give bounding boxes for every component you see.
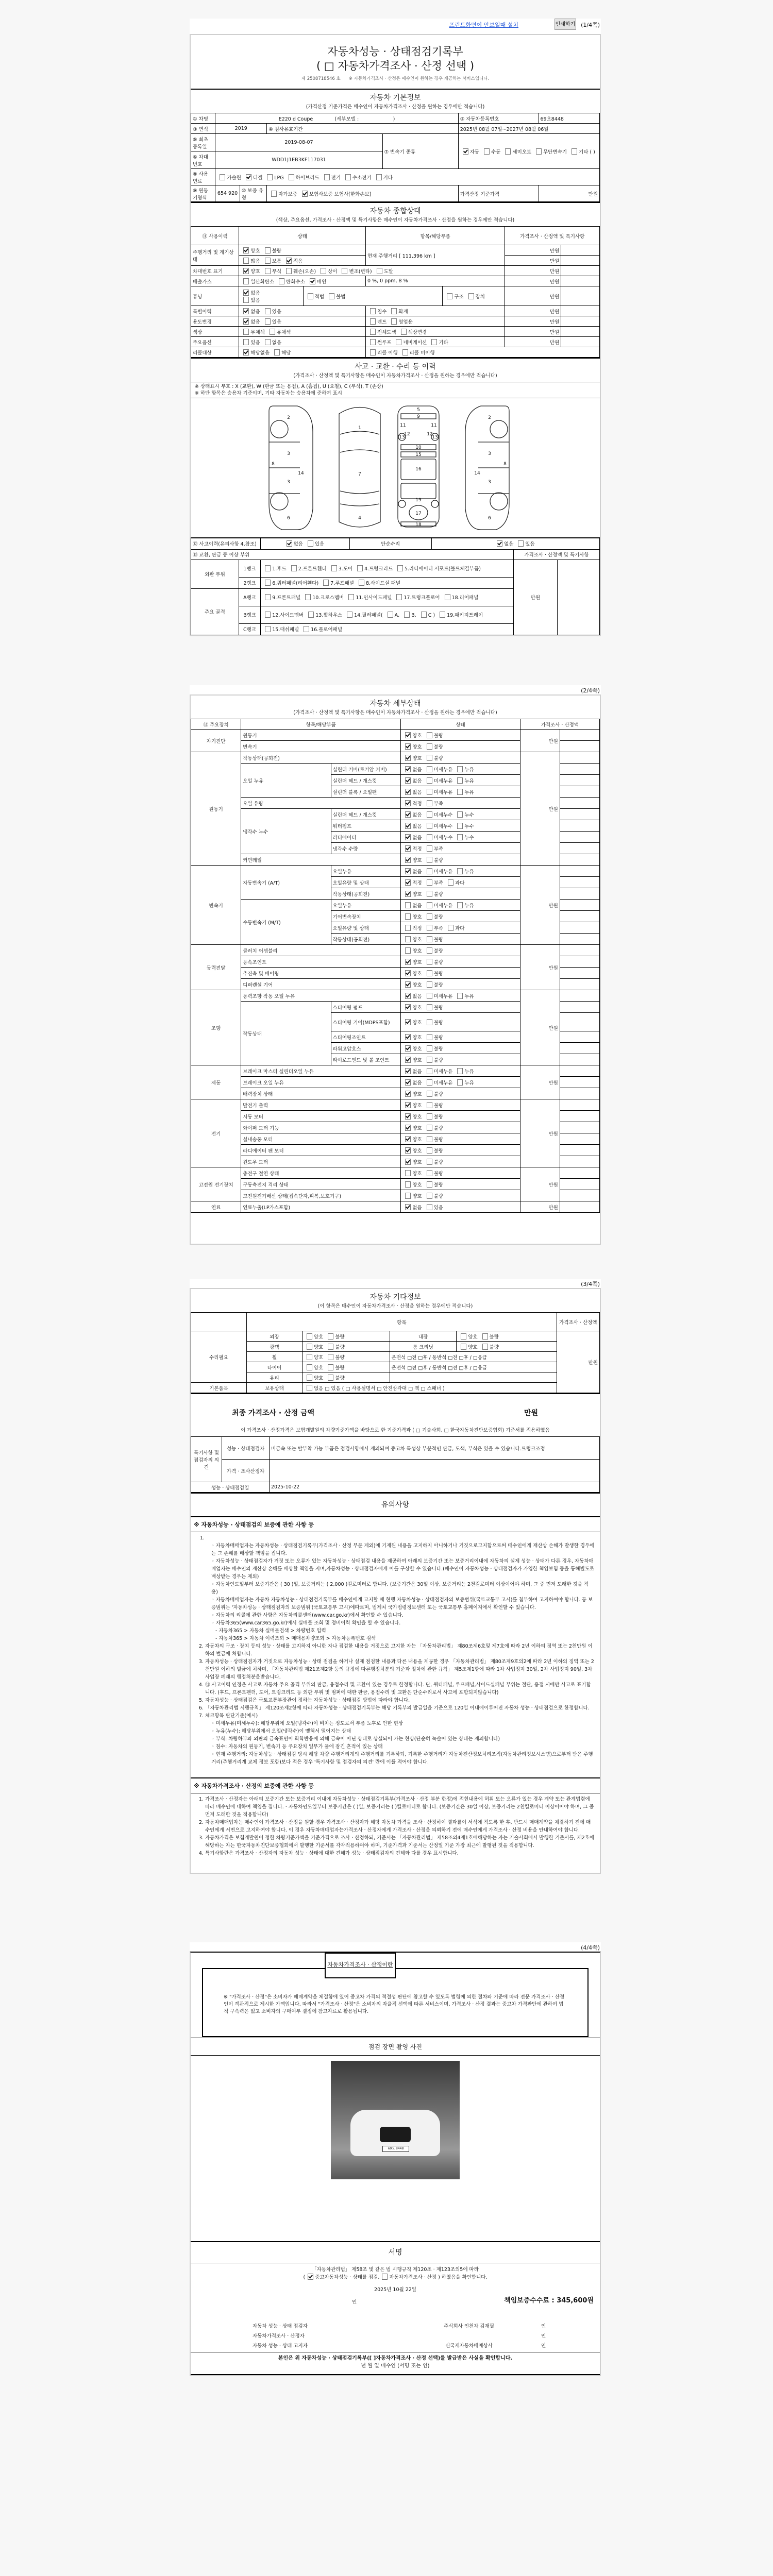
checkbox-icon[interactable] xyxy=(397,565,403,571)
checkbox-icon[interactable] xyxy=(265,565,271,571)
checkbox-icon[interactable] xyxy=(370,339,376,345)
checkbox-icon[interactable] xyxy=(427,1181,432,1188)
checkbox-icon[interactable] xyxy=(427,868,432,874)
checkbox-icon[interactable] xyxy=(323,580,329,586)
checkbox-icon[interactable] xyxy=(328,1364,333,1370)
checkbox-icon[interactable] xyxy=(405,925,411,931)
checkbox-icon[interactable] xyxy=(461,1333,466,1340)
checkbox-icon[interactable] xyxy=(359,580,364,586)
checkbox-option[interactable]: 일산화탄소 xyxy=(241,279,274,285)
checkbox-option[interactable]: 리콜 미이행 xyxy=(400,350,435,356)
checkbox-icon[interactable] xyxy=(307,1385,312,1391)
checkbox-option[interactable]: 없음 xyxy=(241,291,260,296)
checkbox-option[interactable]: 자동 xyxy=(460,149,479,155)
checkbox-option[interactable]: 불량 xyxy=(424,937,443,943)
checkbox-icon[interactable] xyxy=(427,743,432,750)
checkbox-icon[interactable] xyxy=(457,789,463,795)
checkbox-icon[interactable] xyxy=(307,1354,312,1360)
checkbox-option[interactable]: 무채색 xyxy=(241,330,265,335)
checkbox-icon[interactable] xyxy=(427,1193,432,1199)
checkbox-icon[interactable] xyxy=(271,191,277,197)
checkbox-option[interactable]: 영업용 xyxy=(389,319,413,325)
checkbox-option[interactable]: 세미오토 xyxy=(502,149,531,155)
checkbox-option[interactable]: 불량 xyxy=(424,1194,443,1199)
checkbox-option[interactable]: 무단변속기 xyxy=(533,149,567,155)
checkbox-icon[interactable] xyxy=(427,891,432,897)
checkbox-icon[interactable] xyxy=(405,732,411,738)
checkbox-option[interactable]: 부족 xyxy=(424,846,443,852)
checkbox-icon[interactable] xyxy=(405,913,411,920)
checkbox-icon[interactable] xyxy=(310,278,315,284)
checkbox-icon[interactable] xyxy=(427,981,432,988)
checkbox-icon[interactable] xyxy=(405,857,411,863)
checkbox-icon[interactable] xyxy=(405,993,411,999)
checkbox-icon[interactable] xyxy=(396,594,402,600)
checkbox-option[interactable]: 보통 xyxy=(262,259,281,264)
checkbox-option[interactable]: 자가보증 xyxy=(268,192,297,197)
checkbox-option[interactable]: 19.패키지트레이 xyxy=(437,613,483,618)
checkbox-option[interactable]: 없음 xyxy=(241,319,260,325)
checkbox-option[interactable]: 9.프론트패널 xyxy=(262,595,300,601)
checkbox-icon[interactable] xyxy=(391,308,397,314)
checkbox-option[interactable]: 색상변경 xyxy=(398,330,427,335)
checkbox-icon[interactable] xyxy=(461,1344,466,1350)
checkbox-icon[interactable] xyxy=(302,191,308,197)
checkbox-option[interactable]: 없음 xyxy=(284,541,303,547)
checkbox-option[interactable]: 있음 xyxy=(305,541,324,547)
checkbox-option[interactable]: 양호 xyxy=(402,1103,422,1109)
checkbox-option[interactable]: 불량 xyxy=(424,914,443,920)
checkbox-option[interactable]: 누수 xyxy=(455,812,474,818)
checkbox-option[interactable]: 11.인사이드패널 xyxy=(346,595,392,601)
checkbox-option[interactable]: 누유 xyxy=(455,1069,474,1075)
checkbox-icon[interactable] xyxy=(220,174,225,180)
checkbox-option[interactable]: 부족 xyxy=(424,801,443,807)
checkbox-option[interactable]: 불법 xyxy=(326,294,345,300)
checkbox-option[interactable]: 변조(변타) xyxy=(339,269,372,275)
checkbox-icon[interactable] xyxy=(427,902,432,908)
checkbox-option[interactable]: 장치 xyxy=(466,294,485,300)
checkbox-icon[interactable] xyxy=(328,1354,333,1360)
checkbox-icon[interactable] xyxy=(405,1057,411,1063)
checkbox-option[interactable]: 적음 xyxy=(283,259,303,264)
checkbox-icon[interactable] xyxy=(405,800,411,806)
checkbox-icon[interactable] xyxy=(405,1125,411,1131)
checkbox-icon[interactable] xyxy=(427,789,432,795)
checkbox-icon[interactable] xyxy=(427,755,432,761)
checkbox-icon[interactable] xyxy=(405,959,411,965)
checkbox-option[interactable]: 양호 xyxy=(402,1005,422,1011)
checkbox-icon[interactable] xyxy=(304,626,309,632)
checkbox-option[interactable]: 미세누유 xyxy=(424,903,453,909)
checkbox-icon[interactable] xyxy=(427,811,432,818)
checkbox-option[interactable]: 양호 xyxy=(402,937,422,943)
checkbox-option[interactable]: 전기 xyxy=(322,175,341,181)
checkbox-icon[interactable] xyxy=(405,902,411,908)
checkbox-option[interactable]: 미세누유 xyxy=(424,790,453,795)
checkbox-option[interactable]: 양호 xyxy=(304,1365,323,1371)
checkbox-icon[interactable] xyxy=(457,1068,463,1074)
checkbox-option[interactable]: 누유 xyxy=(455,994,474,999)
checkbox-icon[interactable] xyxy=(348,594,354,600)
checkbox-icon[interactable] xyxy=(342,268,347,274)
checkbox-icon[interactable] xyxy=(505,148,511,155)
checkbox-option[interactable]: 8.사이드실 패널 xyxy=(356,581,400,586)
checkbox-option[interactable]: 1.후드 xyxy=(262,566,286,572)
checkbox-icon[interactable] xyxy=(427,1147,432,1154)
checkbox-icon[interactable] xyxy=(427,993,432,999)
checkbox-option[interactable]: 불량 xyxy=(480,1334,499,1340)
checkbox-option[interactable]: 17.트렁크플로어 xyxy=(394,595,440,601)
checkbox-icon[interactable] xyxy=(405,1170,411,1176)
checkbox-icon[interactable] xyxy=(405,1019,411,1025)
checkbox-icon[interactable] xyxy=(404,612,410,618)
checkbox-option[interactable]: 양호 xyxy=(241,248,260,254)
checkbox-option[interactable]: 적법 xyxy=(305,294,324,300)
checkbox-icon[interactable] xyxy=(402,349,408,355)
checkbox-icon[interactable] xyxy=(391,318,397,325)
checkbox-icon[interactable] xyxy=(405,970,411,976)
checkbox-icon[interactable] xyxy=(287,540,292,547)
checkbox-icon[interactable] xyxy=(427,834,432,840)
checkbox-icon[interactable] xyxy=(405,811,411,818)
checkbox-option[interactable]: 10.크로스멤버 xyxy=(303,595,344,601)
checkbox-icon[interactable] xyxy=(405,1113,411,1120)
checkbox-option[interactable]: 7.루프패널 xyxy=(321,581,354,586)
checkbox-icon[interactable] xyxy=(357,565,363,571)
checkbox-icon[interactable] xyxy=(482,1344,488,1350)
checkbox-icon[interactable] xyxy=(243,258,249,264)
checkbox-option[interactable]: 양호 xyxy=(402,1046,422,1052)
checkbox-icon[interactable] xyxy=(405,834,411,840)
checkbox-icon[interactable] xyxy=(445,594,450,600)
checkbox-option[interactable]: 없음 xyxy=(402,835,422,841)
checkbox-option[interactable]: 수동 xyxy=(481,149,500,155)
checkbox-icon[interactable] xyxy=(270,329,275,335)
checkbox-icon[interactable] xyxy=(572,148,577,155)
checkbox-icon[interactable] xyxy=(308,540,313,547)
checkbox-option[interactable]: 누유 xyxy=(455,903,474,909)
checkbox-icon[interactable] xyxy=(457,823,463,829)
checkbox-icon[interactable] xyxy=(427,857,432,863)
checkbox-icon[interactable] xyxy=(427,1004,432,1010)
checkbox-option[interactable]: 누유 xyxy=(455,778,474,784)
checkbox-icon[interactable] xyxy=(427,1019,432,1025)
checkbox-option[interactable]: 누유 xyxy=(455,869,474,875)
checkbox-icon[interactable] xyxy=(370,308,376,314)
checkbox-option[interactable]: 적정 xyxy=(402,801,422,807)
checkbox-option[interactable]: 가솔린 xyxy=(217,175,241,181)
checkbox-option[interactable]: 양호 xyxy=(402,1126,422,1131)
checkbox-icon[interactable] xyxy=(427,1204,432,1210)
checkbox-option[interactable]: 18.리어패널 xyxy=(442,595,479,601)
checkbox-option[interactable]: 13.휠하우스 xyxy=(306,613,342,618)
checkbox-option[interactable]: 부족 xyxy=(424,880,443,886)
checkbox-option[interactable]: 기타 xyxy=(429,340,448,346)
checkbox-option[interactable]: 없음 xyxy=(402,778,422,784)
checkbox-icon[interactable] xyxy=(265,612,271,618)
checkbox-option[interactable]: 불량 xyxy=(424,1137,443,1143)
checkbox-icon[interactable] xyxy=(328,1344,333,1350)
checkbox-icon[interactable] xyxy=(401,329,407,335)
print-help-link[interactable]: 프린트화면이 안보일때 설치 xyxy=(449,21,518,29)
checkbox-option[interactable]: 불량 xyxy=(424,982,443,988)
checkbox-icon[interactable] xyxy=(482,1333,488,1340)
checkbox-icon[interactable] xyxy=(427,1034,432,1040)
checkbox-icon[interactable] xyxy=(265,626,271,632)
checkbox-icon[interactable] xyxy=(405,947,411,954)
checkbox-icon[interactable] xyxy=(484,148,490,155)
checkbox-icon[interactable] xyxy=(279,278,284,284)
checkbox-option[interactable]: 양호 xyxy=(402,1182,422,1188)
checkbox-option[interactable]: 불량 xyxy=(424,1058,443,1063)
checkbox-option[interactable]: 과다 xyxy=(445,926,464,931)
checkbox-icon[interactable] xyxy=(265,318,271,325)
checkbox-icon[interactable] xyxy=(405,1004,411,1010)
checkbox-option[interactable]: 불량 xyxy=(424,892,443,897)
checkbox-option[interactable]: 기타 xyxy=(374,175,393,181)
checkbox-option[interactable]: 미세누수 xyxy=(424,824,453,829)
checkbox-option[interactable]: 수소전기 xyxy=(343,175,372,181)
checkbox-option[interactable]: 불량 xyxy=(325,1334,344,1340)
checkbox-option[interactable]: 양호 xyxy=(458,1345,477,1350)
checkbox-option[interactable]: 썬루프 xyxy=(367,340,392,346)
checkbox-icon[interactable] xyxy=(243,318,249,325)
checkbox-option[interactable]: 전체도색 xyxy=(367,330,396,335)
checkbox-option[interactable]: 미세누유 xyxy=(424,1069,453,1075)
checkbox-option[interactable]: 양호 xyxy=(402,914,422,920)
checkbox-icon[interactable] xyxy=(427,823,432,829)
checkbox-icon[interactable] xyxy=(376,174,382,180)
checkbox-icon[interactable] xyxy=(427,925,432,931)
print-button[interactable]: 인쇄하기 xyxy=(554,19,576,30)
checkbox-icon[interactable] xyxy=(448,879,453,886)
checkbox-option[interactable]: 하이브리드 xyxy=(286,175,320,181)
checkbox-icon[interactable] xyxy=(329,293,334,299)
checkbox-option[interactable]: 없음 xyxy=(402,869,422,875)
checkbox-icon[interactable] xyxy=(427,1125,432,1131)
checkbox-icon[interactable] xyxy=(497,540,502,547)
checkbox-icon[interactable] xyxy=(427,959,432,965)
checkbox-icon[interactable] xyxy=(457,766,463,772)
checkbox-option[interactable]: 양호 xyxy=(402,756,422,761)
checkbox-icon[interactable] xyxy=(265,594,271,600)
checkbox-icon[interactable] xyxy=(427,766,432,772)
checkbox-icon[interactable] xyxy=(427,845,432,852)
checkbox-icon[interactable] xyxy=(308,612,314,618)
checkbox-icon[interactable] xyxy=(405,868,411,874)
checkbox-icon[interactable] xyxy=(405,1079,411,1086)
checkbox-option[interactable]: 없음 xyxy=(262,340,281,346)
checkbox-option[interactable]: 양호 xyxy=(402,1137,422,1143)
checkbox-option[interactable]: 적정 xyxy=(402,880,422,886)
checkbox-option[interactable]: 있음 xyxy=(262,309,281,315)
checkbox-icon[interactable] xyxy=(243,268,249,274)
checkbox-icon[interactable] xyxy=(405,1102,411,1108)
checkbox-option[interactable]: 불량 xyxy=(262,248,281,254)
checkbox-option[interactable]: 불량 xyxy=(424,1126,443,1131)
checkbox-option[interactable]: 불량 xyxy=(424,1020,443,1026)
checkbox-option[interactable]: 미세누유 xyxy=(424,994,453,999)
checkbox-option[interactable]: 없음 xyxy=(402,790,422,795)
checkbox-option[interactable]: 불량 xyxy=(424,756,443,761)
checkbox-option[interactable]: 훼손(오손) xyxy=(283,269,316,275)
checkbox-option[interactable]: 불량 xyxy=(424,1046,443,1052)
checkbox-option[interactable]: 미세누유 xyxy=(424,869,453,875)
checkbox-icon[interactable] xyxy=(427,1170,432,1176)
checkbox-option[interactable]: 네비게이션 xyxy=(393,340,427,346)
checkbox-icon[interactable] xyxy=(324,174,330,180)
checkbox-option[interactable]: 미세누유 xyxy=(424,778,453,784)
checkbox-icon[interactable] xyxy=(405,1159,411,1165)
checkbox-option[interactable]: 불량 xyxy=(424,971,443,977)
checkbox-icon[interactable] xyxy=(243,278,249,284)
checkbox-icon[interactable] xyxy=(405,981,411,988)
checkbox-option[interactable]: 양호 xyxy=(402,1160,422,1165)
checkbox-option[interactable]: 12.사이드멤버 xyxy=(262,613,304,618)
checkbox-option[interactable]: 기타 ( ) xyxy=(569,149,595,155)
checkbox-icon[interactable] xyxy=(427,1068,432,1074)
checkbox-option[interactable]: 양호 xyxy=(402,948,422,954)
checkbox-icon[interactable] xyxy=(328,1375,333,1381)
checkbox-icon[interactable] xyxy=(448,925,453,931)
checkbox-icon[interactable] xyxy=(265,258,271,264)
checkbox-option[interactable]: 양호 xyxy=(402,892,422,897)
checkbox-option[interactable]: A, xyxy=(385,613,400,618)
checkbox-option[interactable]: 불량 xyxy=(424,1114,443,1120)
checkbox-icon[interactable] xyxy=(265,580,271,586)
checkbox-option[interactable]: 양호 xyxy=(402,1035,422,1041)
checkbox-option[interactable]: 렌트 xyxy=(367,319,386,325)
checkbox-icon[interactable] xyxy=(405,1193,411,1199)
checkbox-option[interactable]: 5.라디에이터 서포트(볼트체결부품) xyxy=(395,566,481,572)
checkbox-option[interactable]: 리콜 이행 xyxy=(367,350,398,356)
checkbox-icon[interactable] xyxy=(243,308,249,314)
checkbox-option[interactable]: 불량 xyxy=(424,1092,443,1097)
checkbox-option[interactable]: 양호 xyxy=(241,269,260,275)
checkbox-icon[interactable] xyxy=(388,612,393,618)
checkbox-option[interactable]: 양호 xyxy=(304,1345,323,1350)
checkbox-option[interactable]: 없음 xyxy=(402,1205,422,1211)
checkbox-icon[interactable] xyxy=(243,339,249,345)
checkbox-icon[interactable] xyxy=(347,612,352,618)
checkbox-option[interactable]: 양호 xyxy=(402,1171,422,1177)
checkbox-icon[interactable] xyxy=(321,268,326,274)
checkbox-option[interactable]: 부식 xyxy=(262,269,281,275)
checkbox-option[interactable]: 많음 xyxy=(241,259,260,264)
checkbox-icon[interactable] xyxy=(265,247,271,253)
checkbox-icon[interactable] xyxy=(427,800,432,806)
checkbox-icon[interactable] xyxy=(267,174,273,180)
checkbox-option[interactable]: 미세누수 xyxy=(424,835,453,841)
checkbox-icon[interactable] xyxy=(536,148,542,155)
checkbox-option[interactable]: 있음 xyxy=(241,340,260,346)
checkbox-icon[interactable] xyxy=(405,777,411,784)
checkbox-option[interactable]: 해당 xyxy=(272,350,291,356)
checkbox-option[interactable]: 디젤 xyxy=(243,175,262,181)
checkbox-option[interactable]: 있음 xyxy=(515,541,534,547)
checkbox-option[interactable]: LPG xyxy=(264,175,283,181)
checkbox-icon[interactable] xyxy=(457,777,463,784)
checkbox-icon[interactable] xyxy=(265,339,271,345)
checkbox-icon[interactable] xyxy=(286,268,292,274)
checkbox-option[interactable]: 양호 xyxy=(402,1148,422,1154)
checkbox-icon[interactable] xyxy=(405,766,411,772)
checkbox-option[interactable]: 불량 xyxy=(424,1160,443,1165)
checkbox-icon[interactable] xyxy=(274,349,280,355)
checkbox-option[interactable]: 없음 xyxy=(402,824,422,829)
checkbox-icon[interactable] xyxy=(289,174,294,180)
checkbox-icon[interactable] xyxy=(427,1159,432,1165)
checkbox-icon[interactable] xyxy=(468,293,474,299)
checkbox-option[interactable]: 양호 xyxy=(402,960,422,965)
checkbox-icon[interactable] xyxy=(427,1079,432,1086)
checkbox-option[interactable]: 불량 xyxy=(325,1376,344,1381)
checkbox-icon[interactable] xyxy=(427,936,432,942)
checkbox-option[interactable]: 양호 xyxy=(402,1114,422,1120)
checkbox-option[interactable]: C ) xyxy=(418,613,435,618)
checkbox-icon[interactable] xyxy=(405,1034,411,1040)
checkbox-icon[interactable] xyxy=(331,565,337,571)
checkbox-icon[interactable] xyxy=(405,789,411,795)
checkbox-option[interactable]: 없음 xyxy=(402,903,422,909)
checkbox-option[interactable]: 누수 xyxy=(455,824,474,829)
checkbox-icon[interactable] xyxy=(405,891,411,897)
checkbox-option[interactable]: 있음 xyxy=(424,1205,443,1211)
checkbox-icon[interactable] xyxy=(307,1364,312,1370)
checkbox-option[interactable]: 양호 xyxy=(402,1092,422,1097)
checkbox-icon[interactable] xyxy=(328,1333,333,1340)
checkbox-icon[interactable] xyxy=(427,1045,432,1052)
checkbox-option[interactable]: 상이 xyxy=(318,269,337,275)
checkbox-icon[interactable] xyxy=(427,1057,432,1063)
checkbox-option[interactable]: 불량 xyxy=(424,1005,443,1011)
checkbox-icon[interactable] xyxy=(427,947,432,954)
checkbox-option[interactable]: 6.쿼터패널(리어휀다) xyxy=(262,581,318,586)
checkbox-option[interactable]: 없음 xyxy=(402,994,422,999)
checkbox-option[interactable]: 양호 xyxy=(402,744,422,750)
checkbox-icon[interactable] xyxy=(286,258,292,264)
checkbox-option[interactable]: 매연 xyxy=(307,279,326,285)
checkbox-option[interactable]: 누수 xyxy=(455,835,474,841)
checkbox-icon[interactable] xyxy=(307,1333,312,1340)
checkbox-icon[interactable] xyxy=(457,811,463,818)
checkbox-icon[interactable] xyxy=(243,247,249,253)
checkbox-option[interactable]: 불량 xyxy=(424,1171,443,1177)
checkbox-option[interactable]: B, xyxy=(401,613,416,618)
checkbox-option[interactable]: 양호 xyxy=(402,1020,422,1026)
checkbox-option[interactable]: 보험사보증 보험사[한화손보] xyxy=(299,192,372,197)
checkbox-icon[interactable] xyxy=(427,913,432,920)
checkbox-option[interactable]: 16.플로어패널 xyxy=(301,627,342,633)
checkbox-option[interactable]: 불량 xyxy=(325,1345,344,1350)
checkbox-option[interactable]: 불량 xyxy=(424,858,443,863)
checkbox-option[interactable]: 도말 xyxy=(374,269,393,275)
checkbox-option[interactable]: 미세누수 xyxy=(424,812,453,818)
checkbox-option[interactable]: 해당없음 xyxy=(241,350,270,356)
checkbox-icon[interactable] xyxy=(440,612,445,618)
checkbox-icon[interactable] xyxy=(405,845,411,852)
checkbox-option[interactable]: 침수 xyxy=(367,309,386,315)
checkbox-icon[interactable] xyxy=(457,993,463,999)
checkbox-icon[interactable] xyxy=(457,1079,463,1086)
checkbox-icon[interactable] xyxy=(405,1204,411,1210)
checkbox-option[interactable]: 불량 xyxy=(424,1103,443,1109)
checkbox-icon[interactable] xyxy=(463,148,468,155)
checkbox-option[interactable]: 없음 xyxy=(402,767,422,773)
checkbox-option[interactable]: 불량 xyxy=(325,1365,344,1371)
checkbox-icon[interactable] xyxy=(405,879,411,886)
